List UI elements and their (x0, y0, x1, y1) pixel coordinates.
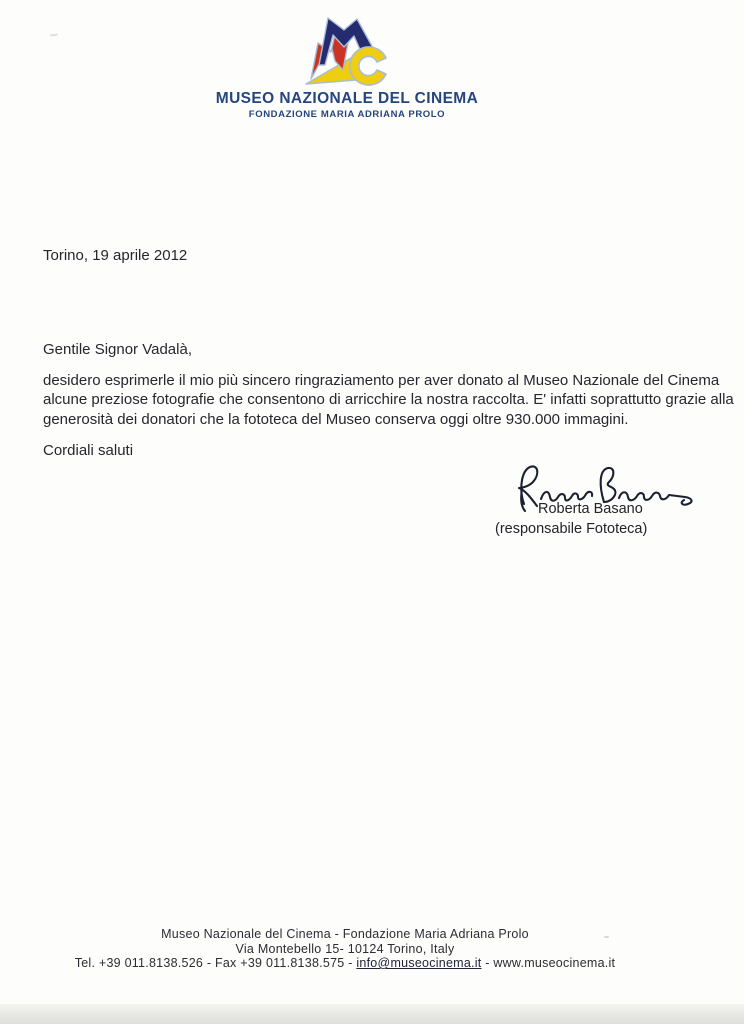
footer-website: www.museocinema.it (493, 956, 615, 970)
footer-email-link: info@museocinema.it (356, 956, 481, 970)
letter-body: desidero esprimerle il mio più sincero r… (43, 371, 723, 429)
footer-contact-line: Tel. +39 011.8138.526 - Fax +39 011.8138… (5, 956, 685, 971)
closing-line: Cordiali saluti (43, 442, 133, 459)
footer-org-line: Museo Nazionale del Cinema - Fondazione … (5, 927, 685, 942)
footer-separator: - (482, 956, 494, 970)
printed-name: Roberta Basano (538, 501, 643, 517)
body-line-1: desidero esprimerle il mio più sincero r… (43, 371, 723, 390)
signer-role: (responsabile Fototeca) (495, 521, 647, 537)
salutation: Gentile Signor Vadalà, (43, 341, 192, 358)
organization-subtitle: FONDAZIONE MARIA ADRIANA PROLO (0, 109, 694, 120)
body-line-3: generosità dei donatori che la fototeca … (43, 410, 723, 429)
scan-speck (604, 936, 609, 938)
scan-edge-band (0, 1004, 744, 1024)
organization-name: MUSEO NAZIONALE DEL CINEMA (0, 90, 694, 108)
letter-footer: Museo Nazionale del Cinema - Fondazione … (5, 927, 685, 971)
footer-phone-fax: Tel. +39 011.8138.526 - Fax +39 011.8138… (75, 956, 357, 970)
mnc-logo-icon (299, 13, 395, 91)
body-line-2: alcune preziose fotografie che consenton… (43, 390, 723, 409)
scanned-letter-page: MUSEO NAZIONALE DEL CINEMA FONDAZIONE MA… (0, 0, 744, 1024)
footer-address-line: Via Montebello 15- 10124 Torino, Italy (5, 942, 685, 957)
date-line: Torino, 19 aprile 2012 (43, 247, 187, 264)
scan-speck (50, 33, 58, 36)
